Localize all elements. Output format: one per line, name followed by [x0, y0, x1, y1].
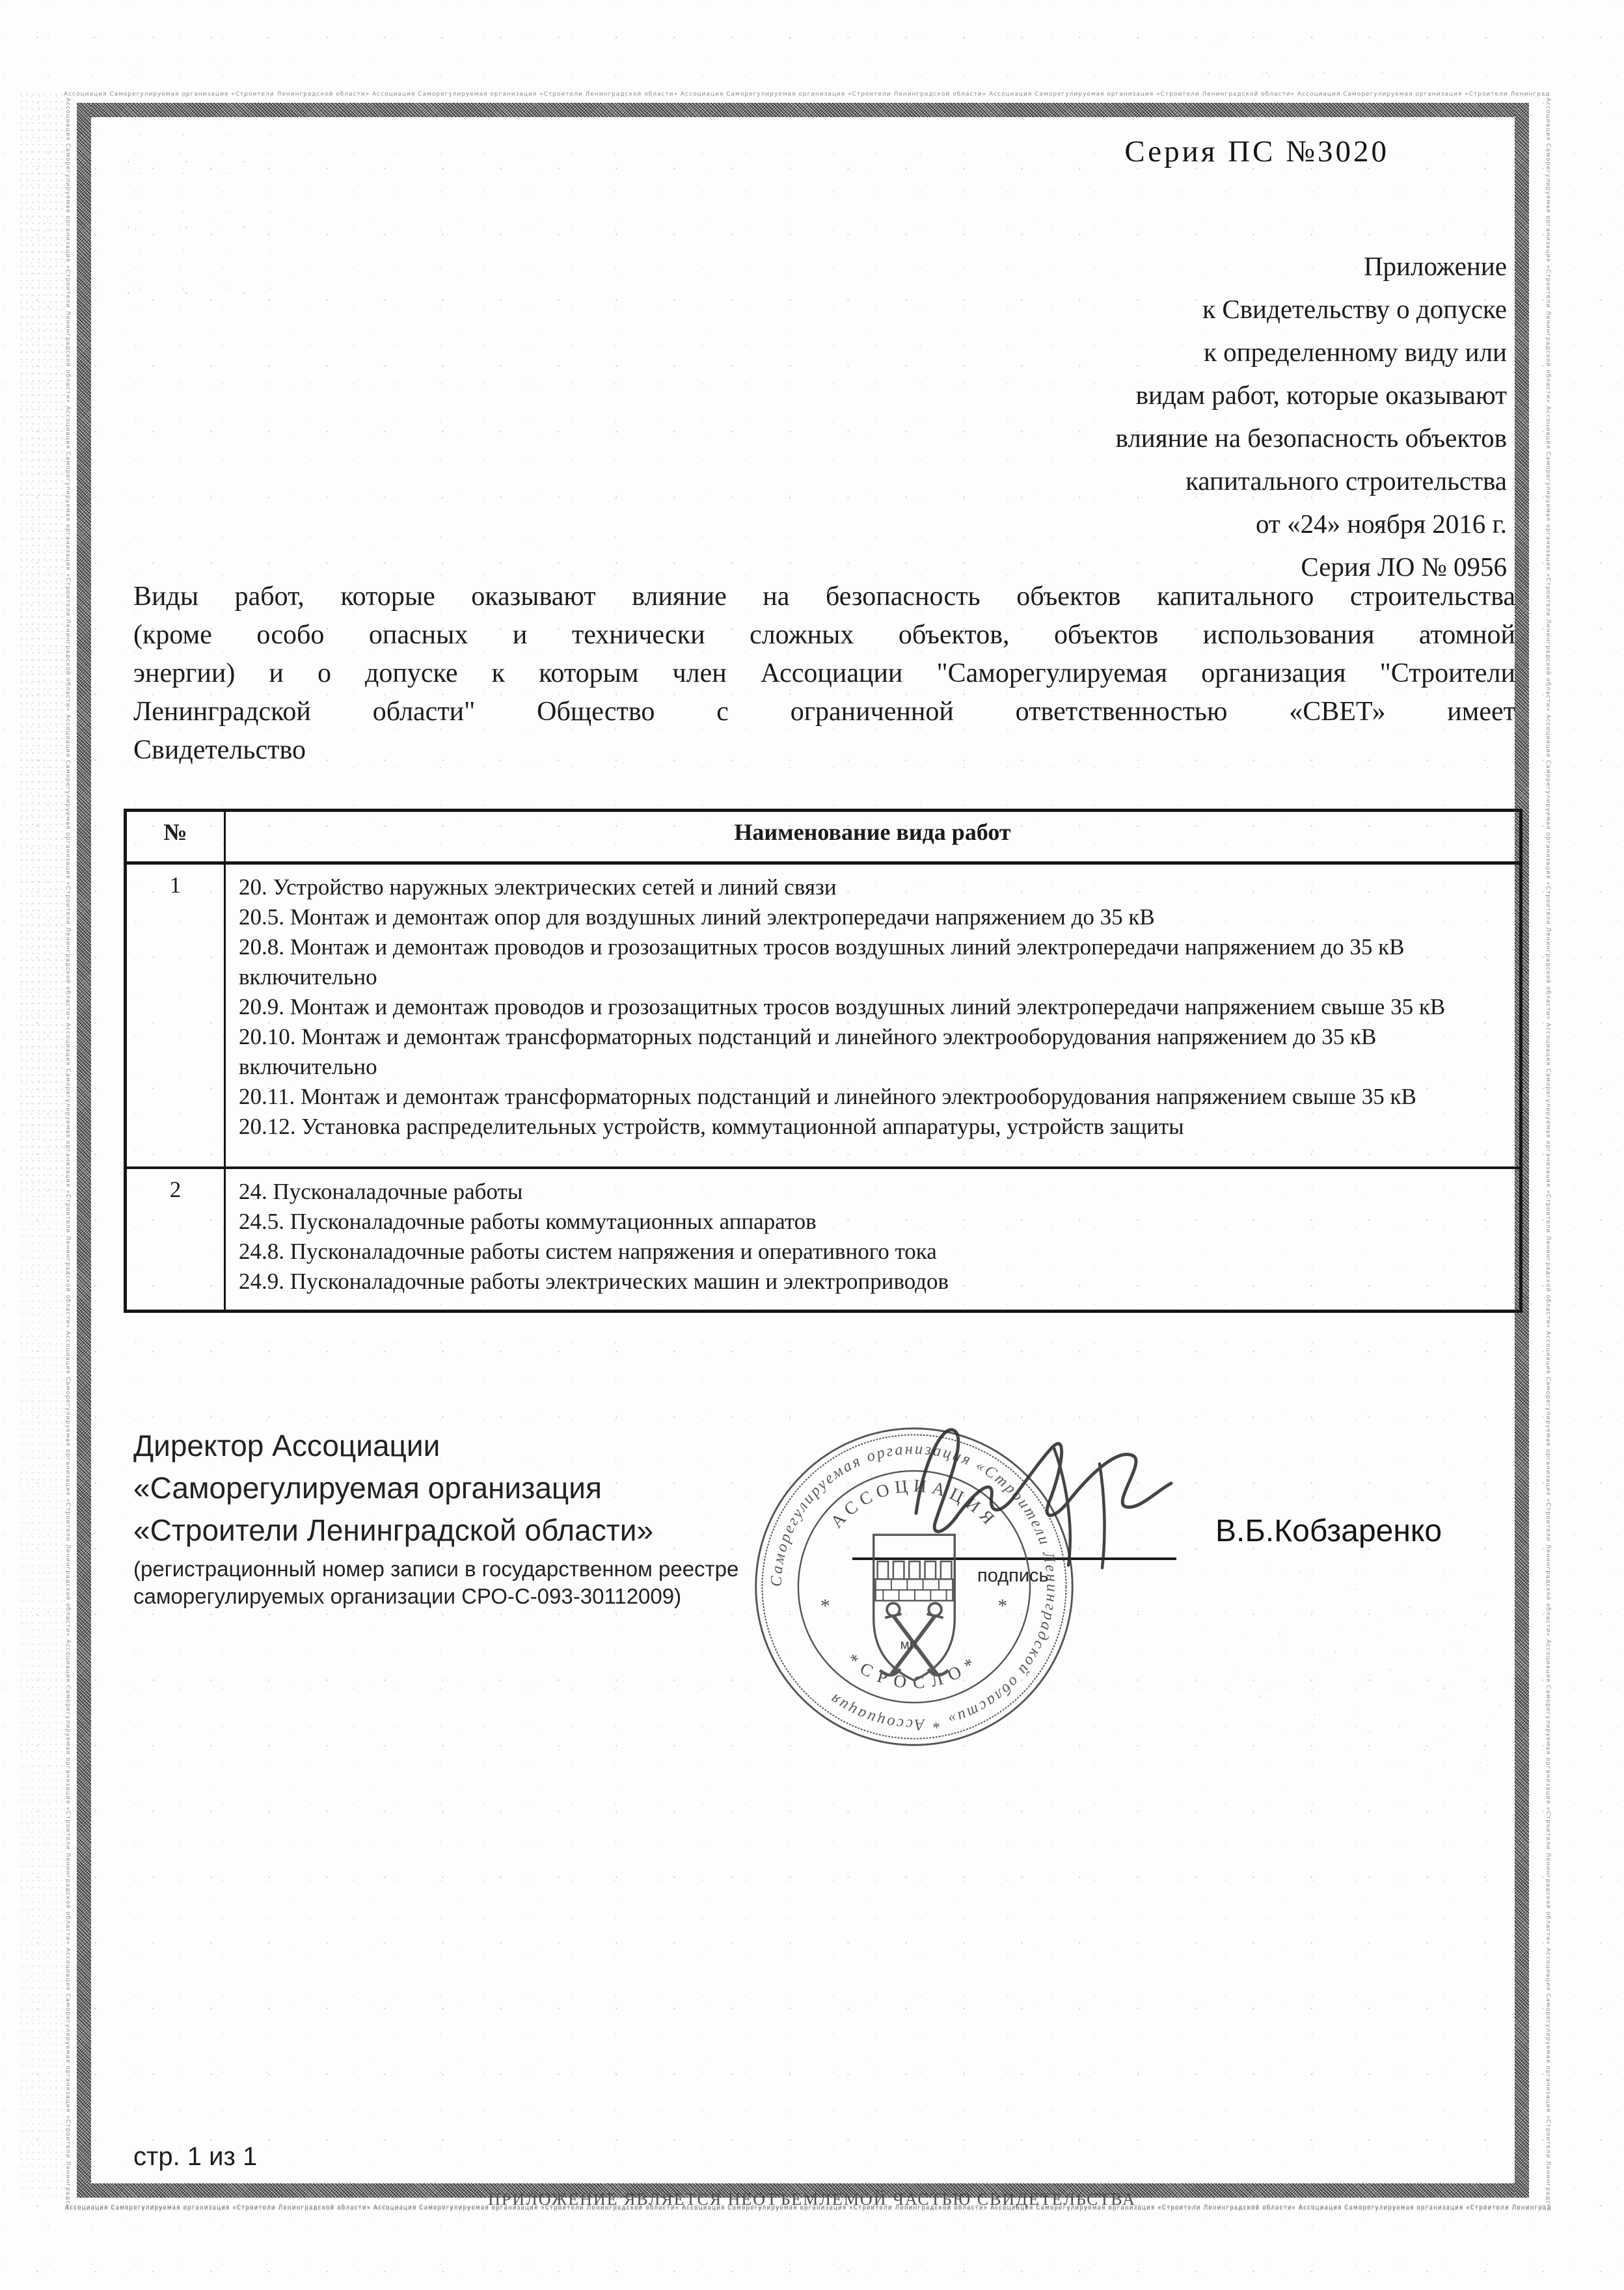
intro-line: энергии) и о допуске к которым член Ассо… — [133, 654, 1515, 693]
border-microtext-right: Ассоциация Саморегулируемая организация … — [1543, 98, 1551, 2205]
work-item-line: 20.8. Монтаж и демонтаж проводов и грозо… — [239, 932, 1480, 992]
table-row-works: 24. Пусконаладочные работы24.5. Пусконал… — [226, 1169, 1519, 1310]
table-row: 224. Пусконаладочные работы24.5. Пускона… — [127, 1166, 1519, 1310]
header-line: от «24» ноября 2016 г. — [921, 502, 1507, 545]
work-item-line: 20.12. Установка распределительных устро… — [239, 1112, 1480, 1142]
registry-number-line: (регистрационный номер записи в государс… — [133, 1556, 738, 1583]
table-row-works: 20. Устройство наружных электрических се… — [226, 865, 1519, 1166]
header-line: капитального строительства — [921, 459, 1507, 502]
series-number: Серия ПС №3020 — [1124, 134, 1389, 169]
work-item-line: 20.5. Монтаж и демонтаж опор для воздушн… — [239, 902, 1480, 932]
seal-star-left: * — [820, 1596, 830, 1617]
signer-title-line: Директор Ассоциации — [133, 1425, 738, 1467]
signature-block: Директор Ассоциации «Саморегулируемая ор… — [133, 1425, 738, 1610]
table-row-number: 2 — [127, 1169, 226, 1310]
intro-line: Ленинградской области" Общество с ограни… — [133, 693, 1515, 731]
intro-line: (кроме особо опасных и технически сложны… — [133, 616, 1515, 654]
header-line: влияние на безопасность объектов — [921, 416, 1507, 459]
table-header-name: Наименование вида работ — [226, 812, 1519, 861]
seal-mp-mark: мп — [900, 1637, 917, 1652]
intro-line: Свидетельство — [133, 731, 1515, 770]
table-row: 120. Устройство наружных электрических с… — [127, 865, 1519, 1166]
scan-smudge-top-right — [1171, 36, 1418, 114]
footer-integral-note: ПРИЛОЖЕНИЕ ЯВЛЯЕТСЯ НЕОТЪЕМЛЕМОЙ ЧАСТЬЮ … — [0, 2190, 1624, 2209]
registry-number-line: саморегулируемых организации СРО-С-093-3… — [133, 1583, 738, 1610]
signer-title-line: «Строители Ленинградской области» — [133, 1509, 738, 1552]
signer-title-line: «Саморегулируемая организация — [133, 1467, 738, 1509]
work-item-line: 20.11. Монтаж и демонтаж трансформаторны… — [239, 1082, 1480, 1112]
header-block: Приложениек Свидетельству о допускек опр… — [921, 245, 1507, 588]
works-table: № Наименование вида работ 120. Устройств… — [124, 809, 1522, 1313]
border-microtext-top: Ассоциация Саморегулируемая организация … — [64, 91, 1550, 99]
table-header-row: № Наименование вида работ — [127, 812, 1519, 865]
intro-line: Виды работ, которые оказывают влияние на… — [133, 578, 1515, 616]
handwritten-signature — [839, 1386, 1204, 1574]
work-item-line: 24.5. Пусконаладочные работы коммутацион… — [239, 1207, 1480, 1237]
work-item-line: 24. Пусконаладочные работы — [239, 1177, 1480, 1207]
work-item-line: 20.9. Монтаж и демонтаж проводов и грозо… — [239, 992, 1480, 1022]
page-number-label: стр. 1 из 1 — [133, 2142, 257, 2172]
table-body: 120. Устройство наружных электрических с… — [127, 865, 1519, 1310]
header-line: видам работ, которые оказывают — [921, 373, 1507, 416]
border-microtext-left: Ассоциация Саморегулируемая организация … — [63, 98, 71, 2205]
signer-name: В.Б.Кобзаренко — [1215, 1513, 1442, 1549]
border-band-top — [77, 103, 1529, 117]
document-page: Ассоциация Саморегулируемая организация … — [0, 0, 1624, 2290]
scan-smudge-left — [18, 91, 65, 1197]
work-item-line: 20.10. Монтаж и демонтаж трансформаторны… — [239, 1022, 1480, 1082]
table-header-num: № — [127, 812, 226, 861]
table-row-number: 1 — [127, 865, 226, 1166]
work-item-line: 20. Устройство наружных электрических се… — [239, 872, 1480, 902]
header-line: к определенному виду или — [921, 330, 1507, 373]
intro-paragraph: Виды работ, которые оказывают влияние на… — [133, 578, 1515, 770]
header-line: к Свидетельству о допуске — [921, 288, 1507, 330]
svg-text:*СРОСЛО*: *СРОСЛО* — [843, 1650, 985, 1693]
seal-abbreviation-text: *СРОСЛО* — [843, 1650, 985, 1693]
border-band-left — [77, 103, 91, 2198]
header-line: Приложение — [921, 245, 1507, 288]
scan-smudge-seal-right — [1210, 1524, 1536, 1813]
scan-smudge-left-lower — [18, 1197, 65, 2199]
work-item-line: 24.8. Пусконаладочные работы систем напр… — [239, 1237, 1480, 1267]
seal-star-right: * — [997, 1596, 1007, 1617]
work-item-line: 24.9. Пусконаладочные работы электрическ… — [239, 1267, 1480, 1297]
